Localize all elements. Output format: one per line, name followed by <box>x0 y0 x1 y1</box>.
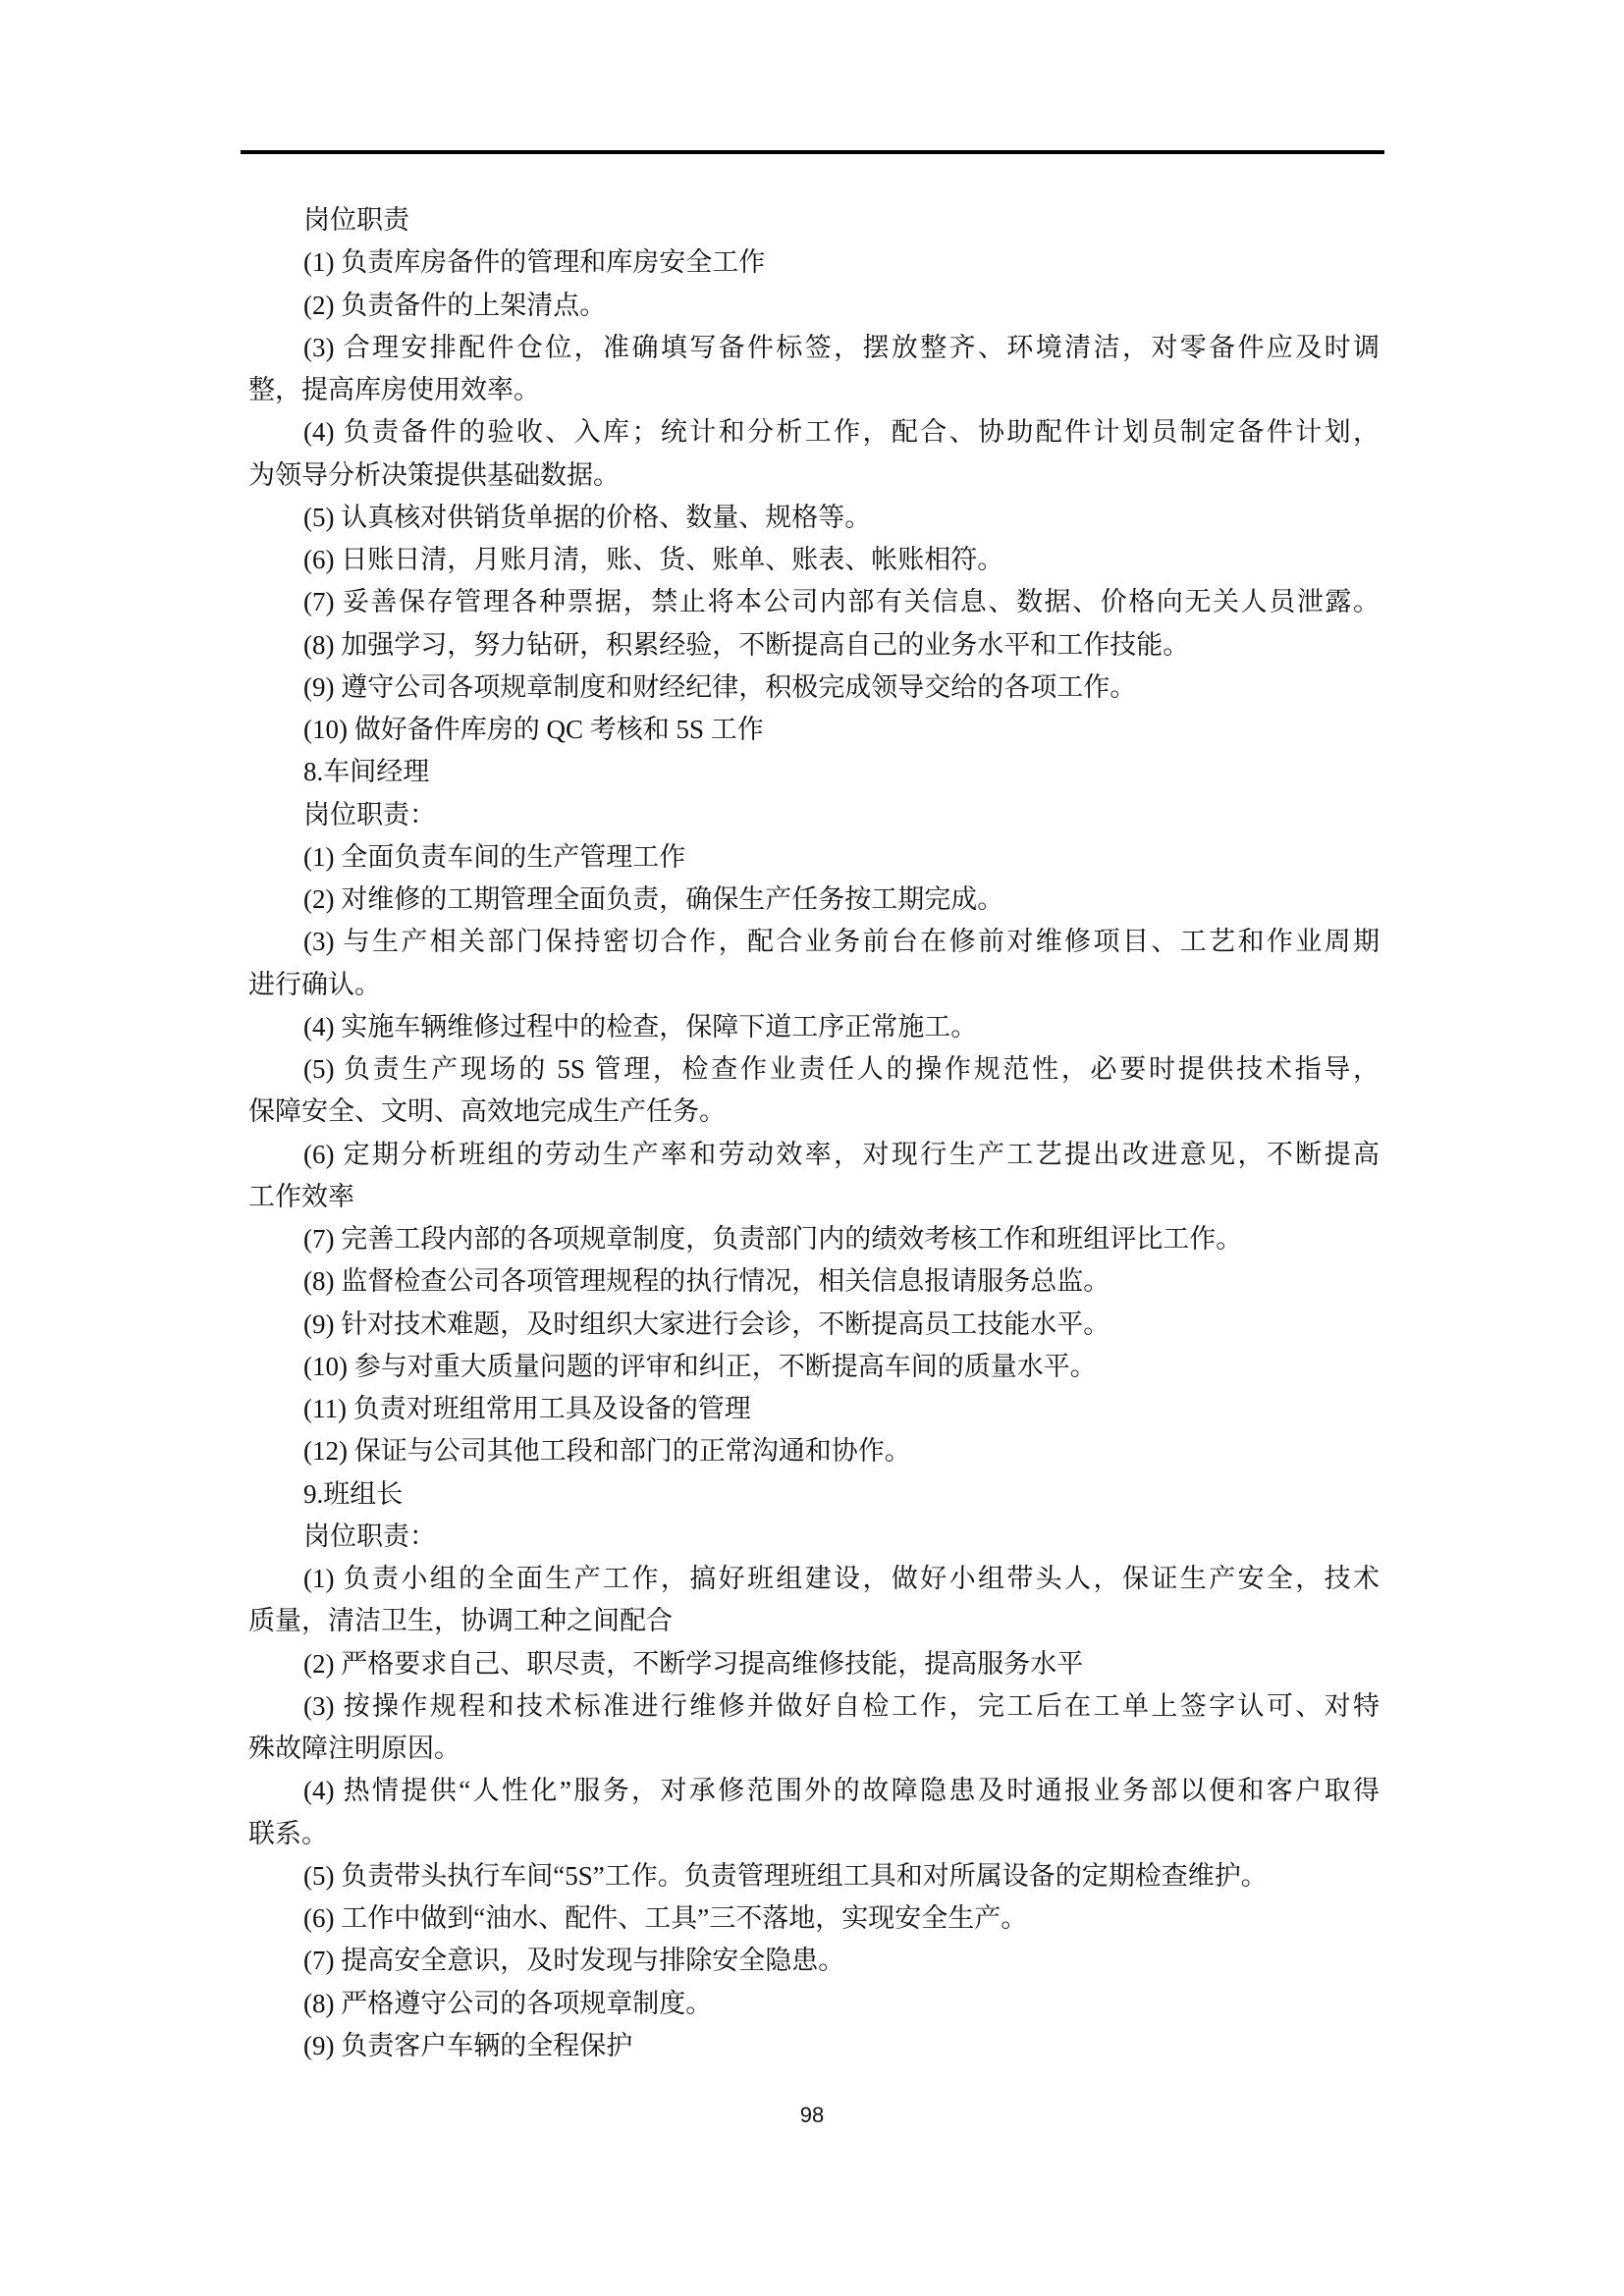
text-line-item: (4) 热情提供“人性化”服务，对承修范围外的故障隐患及时通报业务部以便和客户取… <box>248 1770 1380 1812</box>
text-line-item: (10) 参与对重大质量问题的评审和纠正，不断提高车间的质量水平。 <box>248 1346 1380 1388</box>
text-line-item: (7) 完善工段内部的各项规章制度，负责部门内的绩效考核工作和班组评比工作。 <box>248 1218 1380 1260</box>
text-line-item: (2) 对维修的工期管理全面负责，确保生产任务按工期完成。 <box>248 879 1380 921</box>
text-line-continuation: 质量，清洁卫生，协调工种之间配合 <box>248 1600 1380 1642</box>
text-line-continuation: 进行确认。 <box>248 964 1380 1006</box>
text-line-item: (7) 提高安全意识，及时发现与排除安全隐患。 <box>248 1940 1380 1982</box>
text-line-item: (7) 妥善保存管理各种票据，禁止将本公司内部有关信息、数据、价格向无关人员泄露… <box>248 581 1380 623</box>
text-line-continuation: 保障安全、文明、高效地完成生产任务。 <box>248 1091 1380 1133</box>
text-line-item: (5) 认真核对供销货单据的价格、数量、规格等。 <box>248 497 1380 539</box>
text-line-item: (10) 做好备件库房的 QC 考核和 5S 工作 <box>248 709 1380 751</box>
text-line-continuation: 联系。 <box>248 1813 1380 1855</box>
text-line-item: (12) 保证与公司其他工段和部门的正常沟通和协作。 <box>248 1430 1380 1472</box>
text-line-item: (3) 按操作规程和技术标准进行维修并做好自检工作，完工后在工单上签字认可、对特 <box>248 1685 1380 1728</box>
text-line-item: (1) 负责小组的全面生产工作，搞好班组建设，做好小组带头人，保证生产安全，技术 <box>248 1558 1380 1600</box>
text-line-continuation: 殊故障注明原因。 <box>248 1728 1380 1770</box>
text-line-item: (6) 定期分析班组的劳动生产率和劳动效率，对现行生产工艺提出改进意见，不断提高 <box>248 1134 1380 1176</box>
document-body: 岗位职责(1) 负责库房备件的管理和库房安全工作(2) 负责备件的上架清点。(3… <box>248 199 1380 2067</box>
text-line-heading: 岗位职责： <box>248 794 1380 836</box>
text-line-item: (3) 与生产相关部门保持密切合作，配合业务前台在修前对维修项目、工艺和作业周期 <box>248 921 1380 963</box>
text-line-item: (2) 负责备件的上架清点。 <box>248 285 1380 327</box>
text-line-item: (6) 日账日清，月账月清，账、货、账单、账表、帐账相符。 <box>248 539 1380 581</box>
text-line-item: (8) 严格遵守公司的各项规章制度。 <box>248 1983 1380 2025</box>
text-line-item: (9) 负责客户车辆的全程保护 <box>248 2025 1380 2067</box>
text-line-item: (6) 工作中做到“油水、配件、工具”三不落地，实现安全生产。 <box>248 1897 1380 1940</box>
text-line-section-title: 9.班组长 <box>248 1473 1380 1516</box>
text-line-continuation: 整，提高库房使用效率。 <box>248 369 1380 411</box>
text-line-continuation: 工作效率 <box>248 1176 1380 1218</box>
text-line-item: (9) 针对技术难题，及时组织大家进行会诊，不断提高员工技能水平。 <box>248 1304 1380 1346</box>
text-line-item: (4) 实施车辆维修过程中的检查，保障下道工序正常施工。 <box>248 1006 1380 1048</box>
text-line-item: (8) 监督检查公司各项管理规程的执行情况，相关信息报请服务总监。 <box>248 1260 1380 1303</box>
text-line-heading: 岗位职责： <box>248 1516 1380 1558</box>
text-line-item: (1) 负责库房备件的管理和库房安全工作 <box>248 241 1380 284</box>
header-rule <box>241 150 1384 154</box>
text-line-item: (11) 负责对班组常用工具及设备的管理 <box>248 1388 1380 1430</box>
text-line-item: (5) 负责生产现场的 5S 管理，检查作业责任人的操作规范性，必要时提供技术指… <box>248 1048 1380 1091</box>
text-line-item: (4) 负责备件的验收、入库；统计和分析工作，配合、协助配件计划员制定备件计划， <box>248 411 1380 454</box>
text-line-item: (3) 合理安排配件仓位，准确填写备件标签，摆放整齐、环境清洁，对零备件应及时调 <box>248 327 1380 369</box>
text-line-continuation: 为领导分析决策提供基础数据。 <box>248 454 1380 497</box>
text-line-item: (2) 严格要求自己、职尽责，不断学习提高维修技能，提高服务水平 <box>248 1643 1380 1685</box>
text-line-item: (5) 负责带头执行车间“5S”工作。负责管理班组工具和对所属设备的定期检查维护… <box>248 1855 1380 1897</box>
text-line-item: (8) 加强学习，努力钻研，积累经验，不断提高自己的业务水平和工作技能。 <box>248 624 1380 667</box>
page-number: 98 <box>0 2103 1624 2128</box>
text-line-item: (1) 全面负责车间的生产管理工作 <box>248 836 1380 879</box>
text-line-heading: 岗位职责 <box>248 199 1380 241</box>
text-line-item: (9) 遵守公司各项规章制度和财经纪律，积极完成领导交给的各项工作。 <box>248 667 1380 709</box>
text-line-section-title: 8.车间经理 <box>248 751 1380 793</box>
